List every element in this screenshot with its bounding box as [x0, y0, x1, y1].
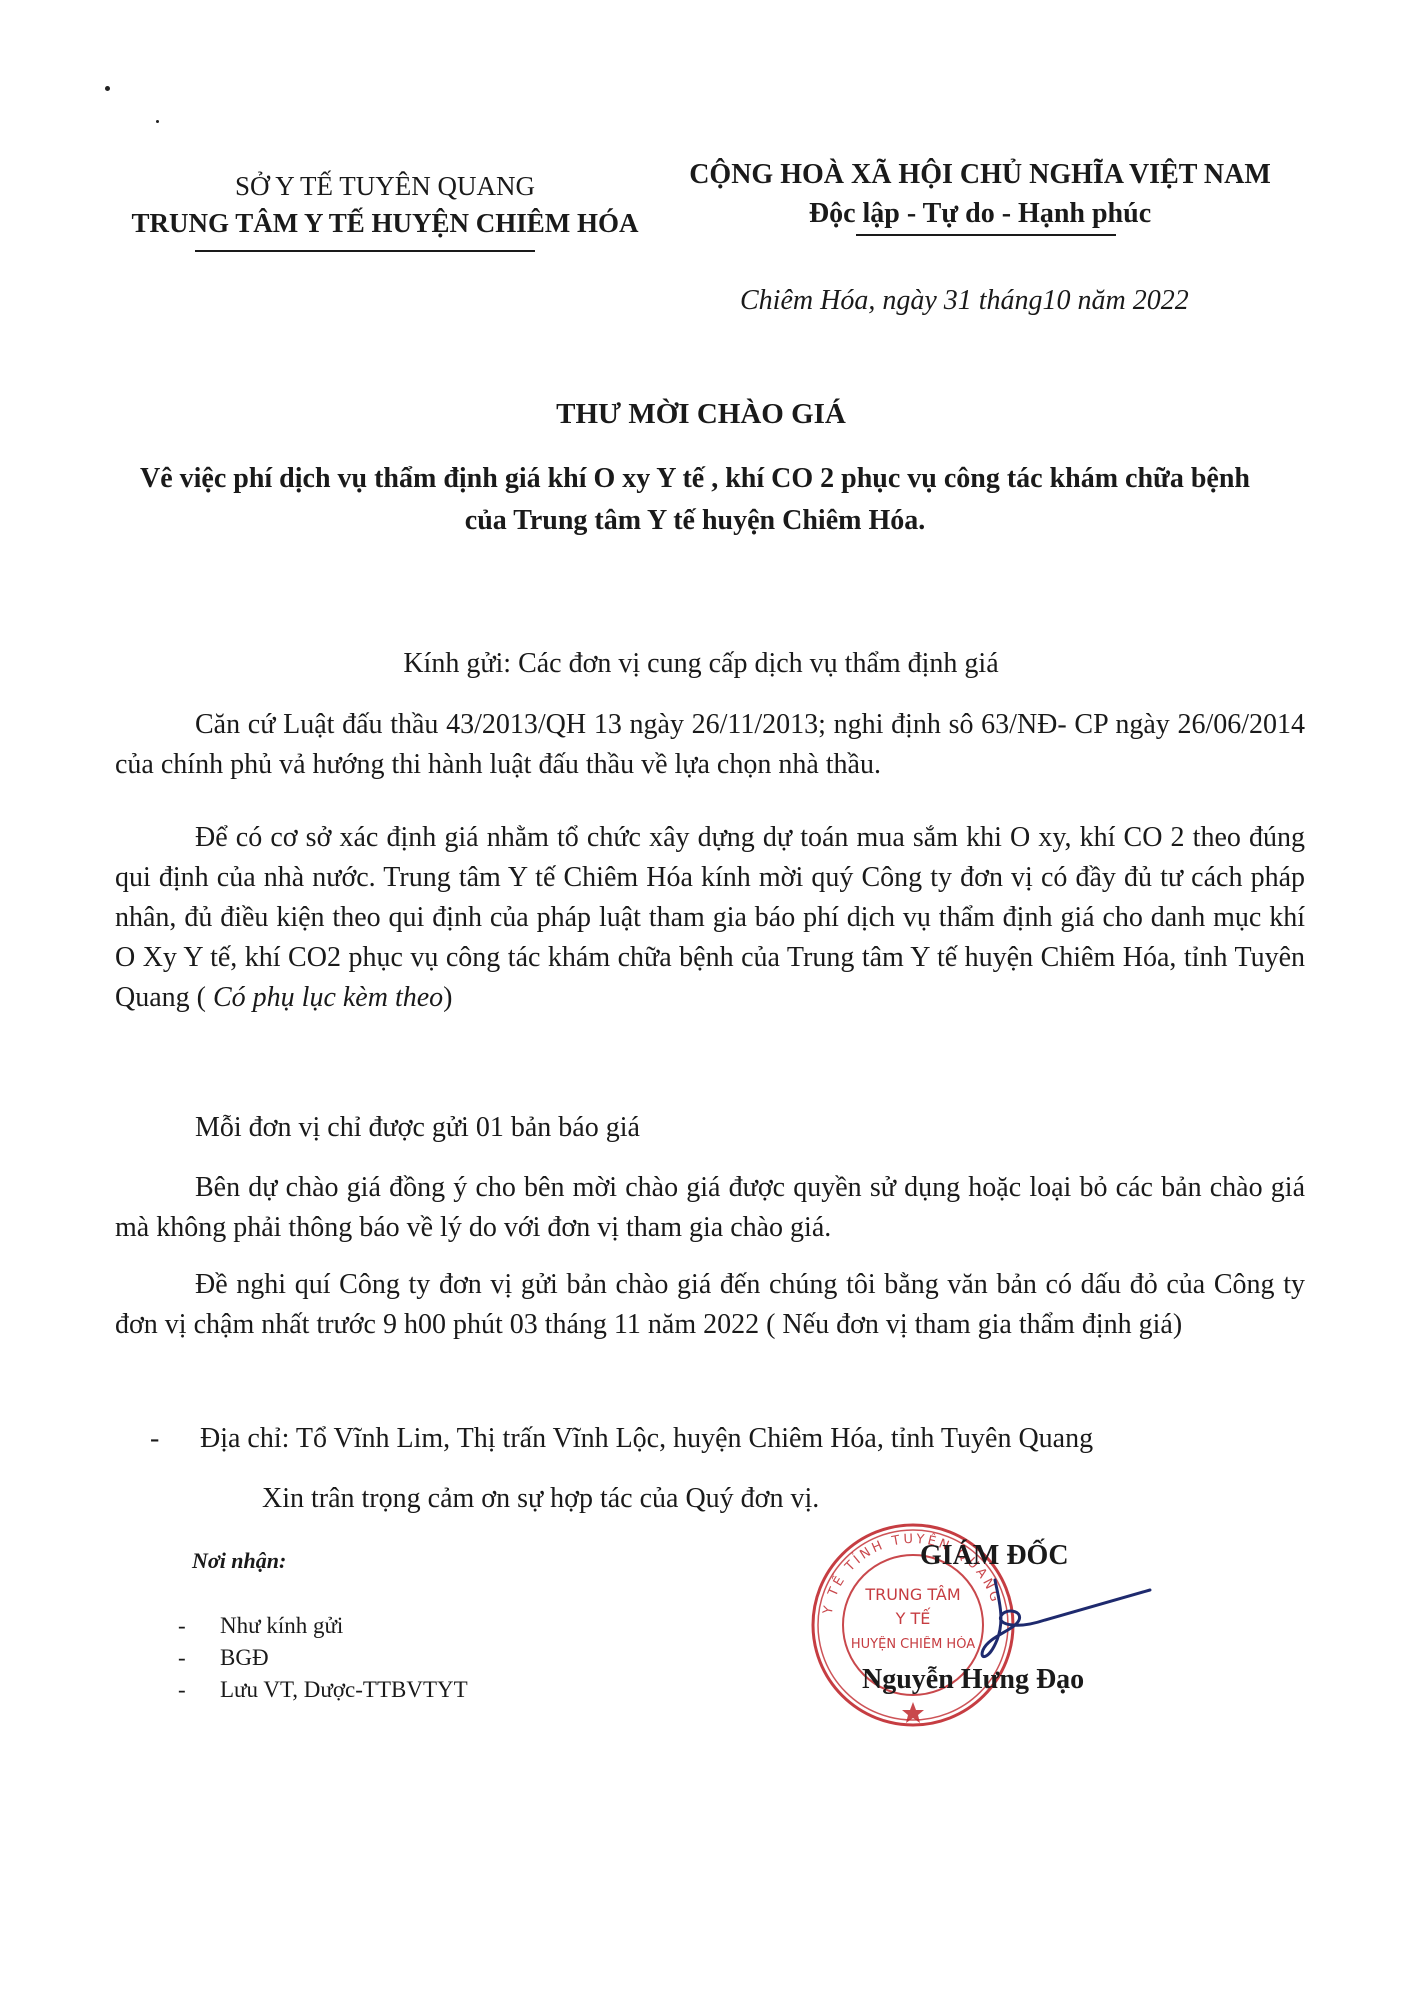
national-motto: Độc lập - Tự do - Hạnh phúc [660, 194, 1300, 234]
organization-name: TRUNG TÂM Y TẾ HUYỆN CHIÊM HÓA [120, 204, 650, 242]
closing-thanks: Xin trân trọng cảm ơn sự hợp tác của Quý… [262, 1483, 819, 1515]
motto-underline [856, 234, 1116, 236]
address-text: Địa chỉ: Tổ Vĩnh Lim, Thị trấn Vĩnh Lộc,… [200, 1423, 1093, 1454]
document-subject: Vê việc phí dịch vụ thẩm định giá khí O … [120, 458, 1270, 542]
svg-text:Y TẾ: Y TẾ [895, 1607, 932, 1628]
recipient-item: -BGĐ [178, 1642, 468, 1674]
national-heading-block: CỘNG HOÀ XÃ HỘI CHỦ NGHĨA VIỆT NAM Độc l… [660, 156, 1300, 236]
paragraph-invitation-end: ) [443, 982, 452, 1013]
paragraph-rights: Bên dự chào giá đồng ý cho bên mời chào … [115, 1168, 1305, 1248]
paragraph-invitation: Để có cơ sở xác định giá nhằm tổ chức xâ… [115, 818, 1305, 1018]
svg-text:TRUNG TÂM: TRUNG TÂM [864, 1585, 960, 1604]
issuing-authority-block: SỞ Y TẾ TUYÊN QUANG TRUNG TÂM Y TẾ HUYỆN… [120, 168, 650, 252]
recipients-title: Nơi nhận: [192, 1548, 286, 1574]
recipients-list: -Như kính gửi -BGĐ -Lưu VT, Dược-TTBVTYT [178, 1610, 468, 1706]
appendix-note: Có phụ lục kèm theo [213, 982, 443, 1013]
recipient-item: -Lưu VT, Dược-TTBVTYT [178, 1674, 468, 1706]
bullet-dash: - [150, 1423, 200, 1455]
signer-name: Nguyễn Hưng Đạo [862, 1664, 1084, 1696]
national-title: CỘNG HOÀ XÃ HỘI CHỦ NGHĨA VIỆT NAM [660, 156, 1300, 194]
paragraph-legal-basis: Căn cứ Luật đấu thầu 43/2013/QH 13 ngày … [115, 705, 1305, 785]
svg-text:HUYỆN CHIÊM HÓA: HUYỆN CHIÊM HÓA [851, 1636, 975, 1652]
document-title: THƯ MỜI CHÀO GIÁ [0, 398, 1402, 431]
paragraph-deadline: Đề nghi quí Công ty đơn vị gửi bản chào … [115, 1265, 1305, 1345]
greeting: Kính gửi: Các đơn vị cung cấp dịch vụ th… [0, 648, 1402, 680]
address-line: -Địa chỉ: Tổ Vĩnh Lim, Thị trấn Vĩnh Lộc… [150, 1423, 1093, 1455]
scan-speck [156, 120, 159, 123]
signature-icon [975, 1560, 1155, 1680]
date-line: Chiêm Hóa, ngày 31 tháng10 năm 2022 [740, 285, 1189, 317]
recipient-item: -Như kính gửi [178, 1610, 468, 1642]
department-name: SỞ Y TẾ TUYÊN QUANG [120, 168, 650, 204]
paragraph-one-quote: Mỗi đơn vị chỉ được gửi 01 bản báo giá [115, 1108, 1305, 1148]
header-underline [195, 250, 535, 252]
scan-speck [105, 86, 110, 91]
